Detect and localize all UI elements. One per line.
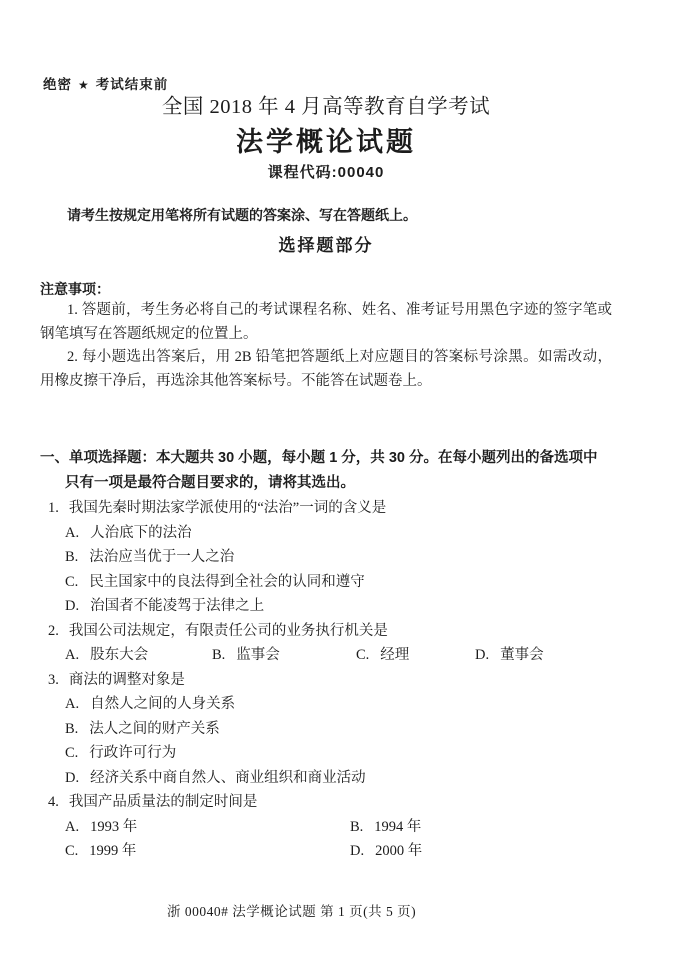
option-text: 法治应当优于一人之治 — [89, 545, 234, 570]
question-block: 4.我国产品质量法的制定时间是 A.1993 年 B.1994 年 C.1999… — [40, 790, 612, 864]
option-label: A. — [65, 692, 79, 717]
answer-option: D.董事会 — [475, 643, 612, 668]
answer-option: C.1999 年 — [65, 839, 350, 864]
question-line: 3.商法的调整对象是 — [40, 668, 612, 693]
option-label: D. — [65, 766, 79, 791]
option-label: B. — [65, 717, 78, 742]
answer-option: B.法治应当优于一人之治 — [40, 545, 612, 570]
answer-sheet-instruction: 请考生按规定用笔将所有试题的答案涂、写在答题纸上。 — [40, 205, 612, 225]
answer-option: C.行政许可行为 — [40, 741, 612, 766]
option-label: C. — [65, 741, 78, 766]
option-text: 人治底下的法治 — [90, 521, 192, 546]
option-text: 1994 年 — [374, 815, 421, 840]
option-text: 监事会 — [236, 643, 280, 668]
answer-option: B.法人之间的财产关系 — [40, 717, 612, 742]
option-text: 1999 年 — [89, 839, 136, 864]
option-label: D. — [65, 594, 79, 619]
option-label: B. — [350, 815, 363, 840]
option-label: C. — [356, 643, 369, 668]
question-list: 1.我国先秦时期法家学派使用的“法治”一词的含义是 A.人治底下的法治 B.法治… — [40, 496, 612, 864]
question-number: 3. — [48, 672, 59, 688]
star-icon: ★ — [72, 78, 96, 92]
answer-option: A.1993 年 — [65, 815, 350, 840]
section-heading-line2: 只有一项是最符合题目要求的，请将其选出。 — [40, 471, 612, 496]
option-text: 治国者不能凌驾于法律之上 — [90, 594, 264, 619]
option-text: 董事会 — [500, 643, 544, 668]
classification-level: 绝密 — [43, 77, 72, 92]
question-block: 1.我国先秦时期法家学派使用的“法治”一词的含义是 A.人治底下的法治 B.法治… — [40, 496, 612, 619]
question-text: 我国公司法规定，有限责任公司的业务执行机关是 — [69, 623, 388, 639]
exam-paper-page: 绝密★考试结束前 全国 2018 年 4 月高等教育自学考试 法学概论试题 课程… — [0, 0, 684, 966]
question-text: 商法的调整对象是 — [69, 672, 185, 688]
question-line: 1.我国先秦时期法家学派使用的“法治”一词的含义是 — [40, 496, 612, 521]
option-label: B. — [65, 545, 78, 570]
question-line: 2.我国公司法规定，有限责任公司的业务执行机关是 — [40, 619, 612, 644]
page-footer: 浙 00040# 法学概论试题 第 1 页(共 5 页) — [167, 900, 416, 920]
question-block: 3.商法的调整对象是 A.自然人之间的人身关系 B.法人之间的财产关系 C.行政… — [40, 668, 612, 791]
option-text: 法人之间的财产关系 — [89, 717, 220, 742]
classification-note: 考试结束前 — [96, 77, 169, 92]
notice-item: 1. 答题前，考生务必将自己的考试课程名称、姓名、准考证号用黑色字迹的签字笔或钢… — [40, 299, 612, 346]
question-number: 1. — [48, 500, 59, 516]
option-label: A. — [65, 815, 79, 840]
classification-marking: 绝密★考试结束前 — [43, 73, 168, 93]
option-label: D. — [350, 839, 364, 864]
notice-heading: 注意事项： — [40, 279, 612, 299]
option-label: B. — [212, 643, 225, 668]
option-text: 民主国家中的良法得到全社会的认同和遵守 — [89, 570, 365, 595]
question-number: 4. — [48, 794, 59, 810]
option-text: 自然人之间的人身关系 — [90, 692, 235, 717]
course-code: 课程代码:00040 — [40, 163, 612, 183]
answer-option: A.股东大会 — [65, 643, 212, 668]
exam-title: 全国 2018 年 4 月高等教育自学考试 — [40, 95, 612, 119]
option-label: A. — [65, 521, 79, 546]
question-text: 我国先秦时期法家学派使用的“法治”一词的含义是 — [69, 500, 386, 516]
answer-option: A.自然人之间的人身关系 — [40, 692, 612, 717]
question-line: 4.我国产品质量法的制定时间是 — [40, 790, 612, 815]
option-label: C. — [65, 839, 78, 864]
question-text: 我国产品质量法的制定时间是 — [69, 794, 258, 810]
question-block: 2.我国公司法规定，有限责任公司的业务执行机关是 A.股东大会 B.监事会 C.… — [40, 619, 612, 668]
option-text: 2000 年 — [375, 839, 422, 864]
option-text: 股东大会 — [90, 643, 148, 668]
option-label: A. — [65, 643, 79, 668]
answer-option: D.2000 年 — [350, 839, 612, 864]
option-text: 1993 年 — [90, 815, 137, 840]
option-label: C. — [65, 570, 78, 595]
question-number: 2. — [48, 623, 59, 639]
answer-option: B.1994 年 — [350, 815, 612, 840]
answer-option: C.经理 — [356, 643, 475, 668]
notice-list: 1. 答题前，考生务必将自己的考试课程名称、姓名、准考证号用黑色字迹的签字笔或钢… — [40, 299, 612, 393]
answer-option: D.经济关系中商自然人、商业组织和商业活动 — [40, 766, 612, 791]
option-text: 行政许可行为 — [89, 741, 176, 766]
section-one-heading: 一、单项选择题：本大题共 30 小题，每小题 1 分，共 30 分。在每小题列出… — [40, 446, 612, 496]
option-label: D. — [475, 643, 489, 668]
option-text: 经理 — [380, 643, 409, 668]
answer-option: C.民主国家中的良法得到全社会的认同和遵守 — [40, 570, 612, 595]
section-heading-line1: 一、单项选择题：本大题共 30 小题，每小题 1 分，共 30 分。在每小题列出… — [40, 446, 612, 471]
option-text: 经济关系中商自然人、商业组织和商业活动 — [90, 766, 366, 791]
answer-option: B.监事会 — [212, 643, 356, 668]
answer-option: A.人治底下的法治 — [40, 521, 612, 546]
answer-option: D.治国者不能凌驾于法律之上 — [40, 594, 612, 619]
part-heading: 选择题部分 — [40, 234, 612, 258]
notice-item: 2. 每小题选出答案后，用 2B 铅笔把答题纸上对应题目的答案标号涂黑。如需改动… — [40, 346, 612, 393]
paper-title: 法学概论试题 — [40, 126, 612, 158]
